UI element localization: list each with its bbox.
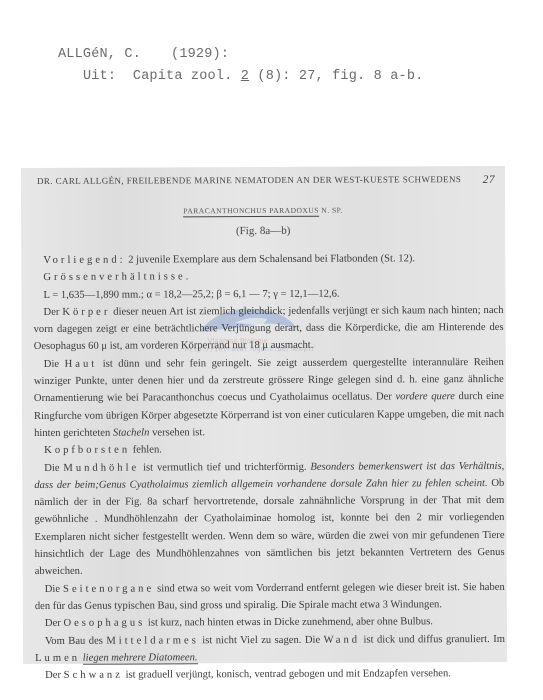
paragraph-seitenorgane: Die Seitenorgane sind etwa so weit vom V… [35, 579, 505, 616]
paragraph-oesophagus: Der Oesophagus ist kurz, nach hinten etw… [35, 613, 505, 632]
citation-source-prefix: Uit: [83, 69, 116, 84]
scanned-page: DR. CARL ALLGÉN, FREILEBENDE MARINE NEMA… [21, 166, 507, 664]
citation-issue-pages: (8): 27, fig. 8 a-b. [257, 69, 423, 84]
paragraph-koerper: Der Körper dieser neuen Art ist ziemlich… [34, 302, 504, 356]
running-head-title: DR. CARL ALLGÉN, FREILEBENDE MARINE NEMA… [37, 174, 461, 188]
citation-author: ALLGéN, C. [58, 47, 141, 62]
page-number: 27 [483, 174, 495, 186]
species-suffix: N. SP. [319, 206, 343, 215]
article-body: Vorliegend: 2 juvenile Exemplare aus dem… [33, 250, 505, 684]
paragraph-mitteldarm: Vom Bau des Mitteldarmes ist nicht Viel … [35, 630, 505, 667]
running-head: DR. CARL ALLGÉN, FREILEBENDE MARINE NEMA… [37, 174, 495, 188]
paragraph-vorliegend: Vorliegend: 2 juvenile Exemplare aus dem… [33, 250, 503, 269]
paragraph-measurements: L = 1,635—1,890 mm.; α = 18,2—25,2; β = … [33, 285, 503, 304]
paragraph-schwanz: Der Schwanz ist graduell verjüngt, konis… [35, 665, 505, 684]
figure-reference: (Fig. 8a—b) [21, 224, 505, 238]
species-name: PARACANTHONCHUS PARADOXUS [183, 206, 319, 218]
paragraph-groessen: Grössenverhältnisse. [33, 267, 503, 286]
citation-year: (1929): [171, 47, 229, 62]
citation-journal: Capita zool. [133, 69, 233, 84]
citation-block: ALLGéN, C.(1929): Uit: Capita zool. 2 (8… [58, 44, 423, 88]
citation-source-line: Uit: Capita zool. 2 (8): 27, fig. 8 a-b. [58, 66, 423, 88]
paragraph-kopfborsten: Kopfborsten fehlen. [34, 440, 504, 459]
species-title: PARACANTHONCHUS PARADOXUS N. SP. [21, 205, 505, 216]
paragraph-haut: Die Haut ist dünn und sehr fein geringel… [34, 354, 504, 443]
paragraph-mundhoehle: Die Mundhöhle ist vermutlich tief und tr… [34, 458, 505, 581]
citation-volume: 2 [241, 69, 249, 84]
citation-author-line: ALLGéN, C.(1929): [58, 44, 423, 66]
